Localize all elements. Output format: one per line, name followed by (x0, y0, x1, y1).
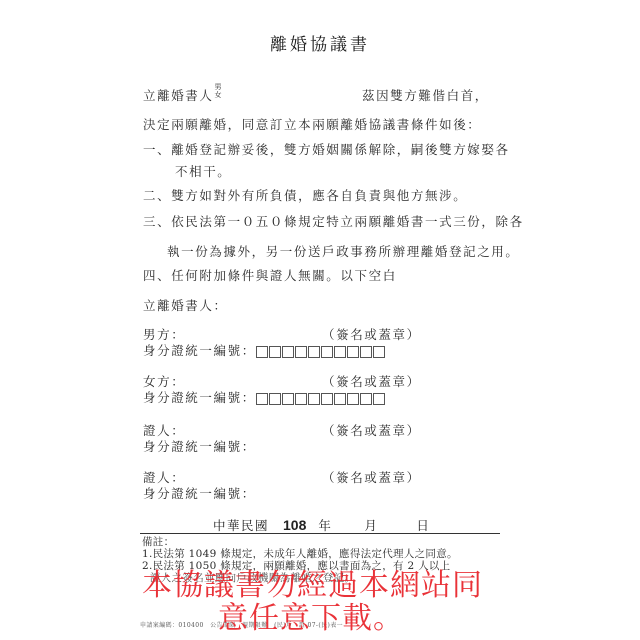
date-era: 中華民國 (213, 518, 269, 533)
id-digit-box[interactable] (321, 393, 333, 405)
id-digit-box[interactable] (360, 346, 372, 358)
id-digit-box[interactable] (373, 393, 385, 405)
id-digit-box[interactable] (256, 346, 268, 358)
id-digit-box[interactable] (295, 393, 307, 405)
signers-heading: 立離婚書人： (143, 296, 228, 314)
intro-prefix: 立離婚書人 (143, 88, 214, 103)
intro-line-2: 決定兩願離婚，同意訂立本兩願離婚協議書條件如後： (143, 115, 481, 133)
male-id-row: 身分證統一編號： (143, 341, 385, 359)
date-year-unit: 年 (318, 518, 332, 533)
note-1: 1.民法第 1049 條規定，未成年人離婚，應得法定代理人之同意。 (142, 549, 458, 560)
witness-2-id-label: 身分證統一編號： (143, 484, 256, 502)
id-digit-box[interactable] (373, 346, 385, 358)
female-id-boxes[interactable] (256, 393, 385, 405)
clause-3-cont: 執一份為據外，另一份送戶政事務所辦理離婚登記之用。 (167, 242, 520, 260)
notes-heading: 備註： (142, 537, 174, 548)
intro-line-1: 立離婚書人男女 (143, 86, 223, 104)
id-digit-box[interactable] (308, 393, 320, 405)
id-digit-box[interactable] (269, 393, 281, 405)
gender-male: 男 (215, 83, 224, 91)
intro-suffix: 茲因雙方難偕白首， (362, 86, 489, 104)
document-title: 離婚協議書 (0, 30, 640, 55)
witness-1-signature-hint: （簽名或蓋章） (322, 421, 421, 439)
clause-2: 二、雙方如對外有所負債，應各自負責與他方無涉。 (143, 186, 467, 204)
id-digit-box[interactable] (282, 346, 294, 358)
id-digit-box[interactable] (347, 346, 359, 358)
id-digit-box[interactable] (282, 393, 294, 405)
id-digit-box[interactable] (321, 346, 333, 358)
date-month-unit: 月 (364, 518, 378, 533)
divorce-agreement-document: 離婚協議書 立離婚書人男女 茲因雙方難偕白首， 決定兩願離婚，同意訂立本兩願離婚… (0, 0, 640, 640)
female-id-row: 身分證統一編號： (143, 388, 385, 406)
gender-female: 女 (215, 91, 224, 99)
male-id-label: 身分證統一編號： (143, 343, 256, 358)
id-digit-box[interactable] (347, 393, 359, 405)
witness-1-id-label: 身分證統一編號： (143, 437, 256, 455)
date-row: 中華民國108年月日 (213, 516, 430, 534)
clause-1-cont: 不相干。 (175, 162, 231, 180)
date-year[interactable]: 108 (283, 517, 306, 533)
clause-4: 四、任何附加條件與證人無關。以下空白 (143, 266, 397, 284)
clause-3: 三、依民法第一０五０條規定特立兩願離婚書一式三份，除各 (143, 212, 524, 230)
id-digit-box[interactable] (308, 346, 320, 358)
date-day-unit: 日 (416, 518, 430, 533)
id-digit-box[interactable] (334, 393, 346, 405)
male-id-boxes[interactable] (256, 346, 385, 358)
id-digit-box[interactable] (256, 393, 268, 405)
divider-line (140, 533, 500, 534)
id-digit-box[interactable] (360, 393, 372, 405)
female-id-label: 身分證統一編號： (143, 390, 256, 405)
watermark-line-2: 意任意下載。 (218, 593, 404, 637)
id-digit-box[interactable] (295, 346, 307, 358)
clause-1: 一、離婚登記辦妥後，雙方婚姻關係解除，嗣後雙方嫁娶各 (143, 140, 510, 158)
gender-stack: 男女 (215, 83, 224, 99)
witness-2-signature-hint: （簽名或蓋章） (322, 468, 421, 486)
id-digit-box[interactable] (269, 346, 281, 358)
id-digit-box[interactable] (334, 346, 346, 358)
